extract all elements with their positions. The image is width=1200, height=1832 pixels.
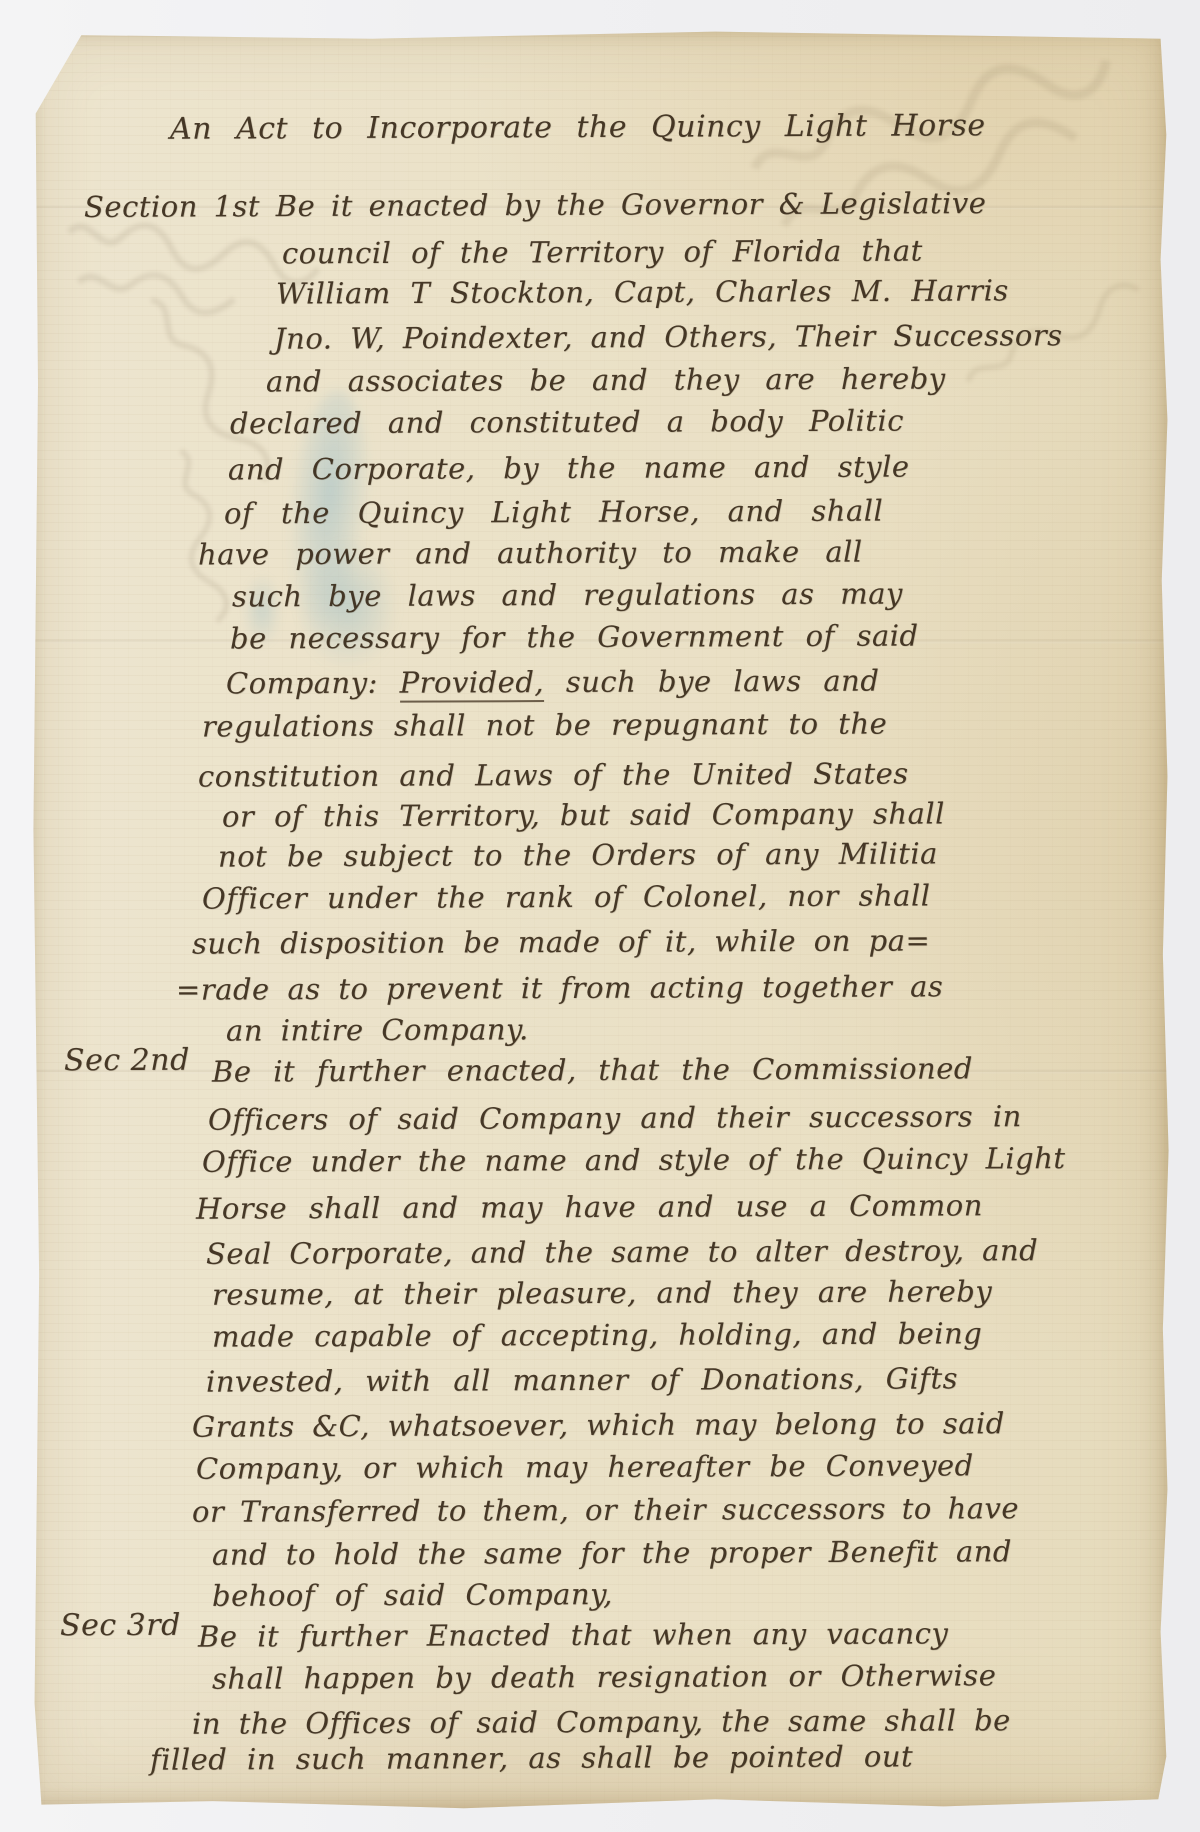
manuscript-line: council of the Territory of Florida that — [282, 234, 923, 271]
manuscript-line: William T Stockton, Capt, Charles M. Har… — [276, 273, 1009, 310]
manuscript-line: constitution and Laws of the United Stat… — [198, 756, 909, 793]
manuscript-line: such bye laws and regulations as may — [232, 577, 903, 614]
manuscript-line: or Transferred to them, or their success… — [192, 1491, 1019, 1529]
manuscript-line: Company: Provided, such bye laws and — [226, 664, 879, 701]
manuscript-line: be necessary for the Government of said — [230, 618, 919, 655]
manuscript-line: shall happen by death resignation or Oth… — [212, 1658, 996, 1695]
section-marker: Sec 3rd — [60, 1608, 181, 1644]
manuscript-line: filled in such manner, as shall be point… — [150, 1739, 913, 1776]
document-title: An Act to Incorporate the Quincy Light H… — [170, 108, 986, 147]
manuscript-line: Jno. W, Poindexter, and Others, Their Su… — [274, 318, 1063, 355]
manuscript-line: and to hold the same for the proper Bene… — [212, 1534, 1012, 1571]
manuscript-line: have power and authority to make all — [198, 535, 863, 572]
manuscript-text: An Act to Incorporate the Quincy Light H… — [30, 28, 1172, 1810]
manuscript-line: regulations shall not be repugnant to th… — [202, 707, 887, 744]
manuscript-line: Grants &C, whatsoever, which may belong … — [192, 1406, 1005, 1444]
manuscript-line: Section 1st Be it enacted by the Governo… — [84, 186, 987, 224]
manuscript-line: not be subject to the Orders of any Mili… — [218, 836, 938, 873]
manuscript-line: made capable of accepting, holding, and … — [212, 1316, 982, 1353]
manuscript-line: and associates be and they are hereby — [266, 362, 946, 399]
manuscript-line: Be it further enacted, that the Commissi… — [212, 1051, 973, 1088]
manuscript-line: Officer under the rank of Colonel, nor s… — [202, 878, 931, 915]
underlined-word: Provided, — [399, 665, 544, 703]
manuscript-line: declared and constituted a body Politic — [230, 404, 904, 441]
section-marker: Sec 2nd — [64, 1043, 190, 1079]
manuscript-line: =rade as to prevent it from acting toget… — [176, 969, 943, 1006]
manuscript-line: invested, with all manner of Donations, … — [206, 1361, 958, 1398]
manuscript-line: in the Offices of said Company, the same… — [192, 1703, 1011, 1741]
manuscript-line: Seal Corporate, and the same to alter de… — [206, 1233, 1038, 1271]
manuscript-line: Be it further Enacted that when any vaca… — [198, 1616, 948, 1653]
manuscript-line: Officers of said Company and their succe… — [208, 1099, 1022, 1137]
manuscript-line: such disposition be made of it, while on… — [192, 923, 930, 960]
manuscript-line: of the Quincy Light Horse, and shall — [224, 494, 883, 531]
manuscript-line: behoof of said Company, — [212, 1577, 613, 1613]
manuscript-line: and Corporate, by the name and style — [228, 450, 910, 487]
manuscript-line: an intire Company. — [226, 1012, 529, 1047]
manuscript-page: An Act to Incorporate the Quincy Light H… — [30, 28, 1172, 1810]
manuscript-line: Office under the name and style of the Q… — [202, 1141, 1066, 1179]
manuscript-line: resume, at their pleasure, and they are … — [212, 1274, 992, 1311]
manuscript-line: Horse shall and may have and use a Commo… — [196, 1188, 983, 1225]
manuscript-line: or of this Territory, but said Company s… — [222, 796, 945, 833]
manuscript-line: Company, or which may hereafter be Conve… — [196, 1448, 974, 1485]
